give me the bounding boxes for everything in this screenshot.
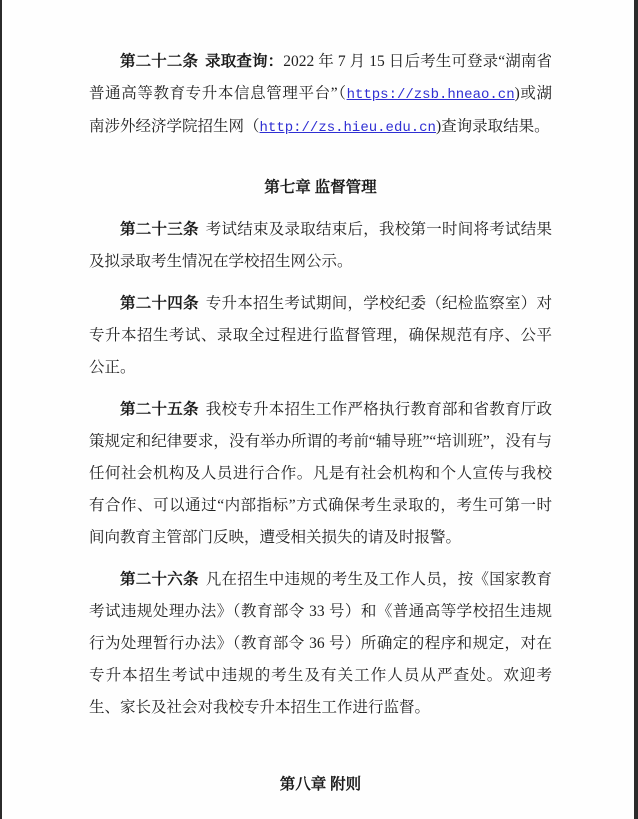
article-22-lead: 录取查询：: [205, 53, 283, 70]
page-edge-right: [634, 0, 638, 819]
link-zsb-hneao[interactable]: https://zsb.hneao.cn: [347, 87, 515, 103]
paragraph-article-24: 第二十四条专升本招生考试期间，学校纪委（纪检监察室）对专升本招生考试、录取全过程…: [89, 288, 552, 384]
paragraph-article-25: 第二十五条我校专升本招生工作严格执行教育部和省教育厅政策规定和纪律要求，没有举办…: [89, 394, 552, 554]
paragraph-article-23: 第二十三条考试结束及录取结束后，我校第一时间将考试结果及拟录取考生情况在学校招生…: [89, 214, 552, 278]
paragraph-article-22: 第二十二条录取查询：2022 年 7 月 15 日后考生可登录“湖南省普通高等教…: [89, 46, 552, 144]
chapter-7-heading: 第七章 监督管理: [89, 172, 552, 204]
document-content: 第二十二条录取查询：2022 年 7 月 15 日后考生可登录“湖南省普通高等教…: [0, 0, 638, 801]
article-26-text: 凡在招生中违规的考生及工作人员，按《国家教育考试违规处理办法》（教育部令 33 …: [89, 571, 552, 716]
article-22-label: 第二十二条: [120, 53, 198, 70]
article-25-text: 我校专升本招生工作严格执行教育部和省教育厅政策规定和纪律要求，没有举办所谓的考前…: [89, 401, 552, 546]
paragraph-article-26: 第二十六条凡在招生中违规的考生及工作人员，按《国家教育考试违规处理办法》（教育部…: [89, 564, 552, 724]
article-22-text-3: )查询录取结果。: [436, 118, 550, 135]
article-24-label: 第二十四条: [120, 295, 199, 312]
article-26-label: 第二十六条: [120, 571, 199, 588]
link-zs-hieu[interactable]: http://zs.hieu.edu.cn: [260, 120, 436, 136]
article-23-label: 第二十三条: [120, 221, 199, 238]
chapter-8-heading: 第八章 附则: [89, 769, 552, 801]
page-edge-left: [0, 0, 2, 819]
article-25-label: 第二十五条: [120, 401, 199, 418]
document-page: 第二十二条录取查询：2022 年 7 月 15 日后考生可登录“湖南省普通高等教…: [0, 0, 638, 819]
